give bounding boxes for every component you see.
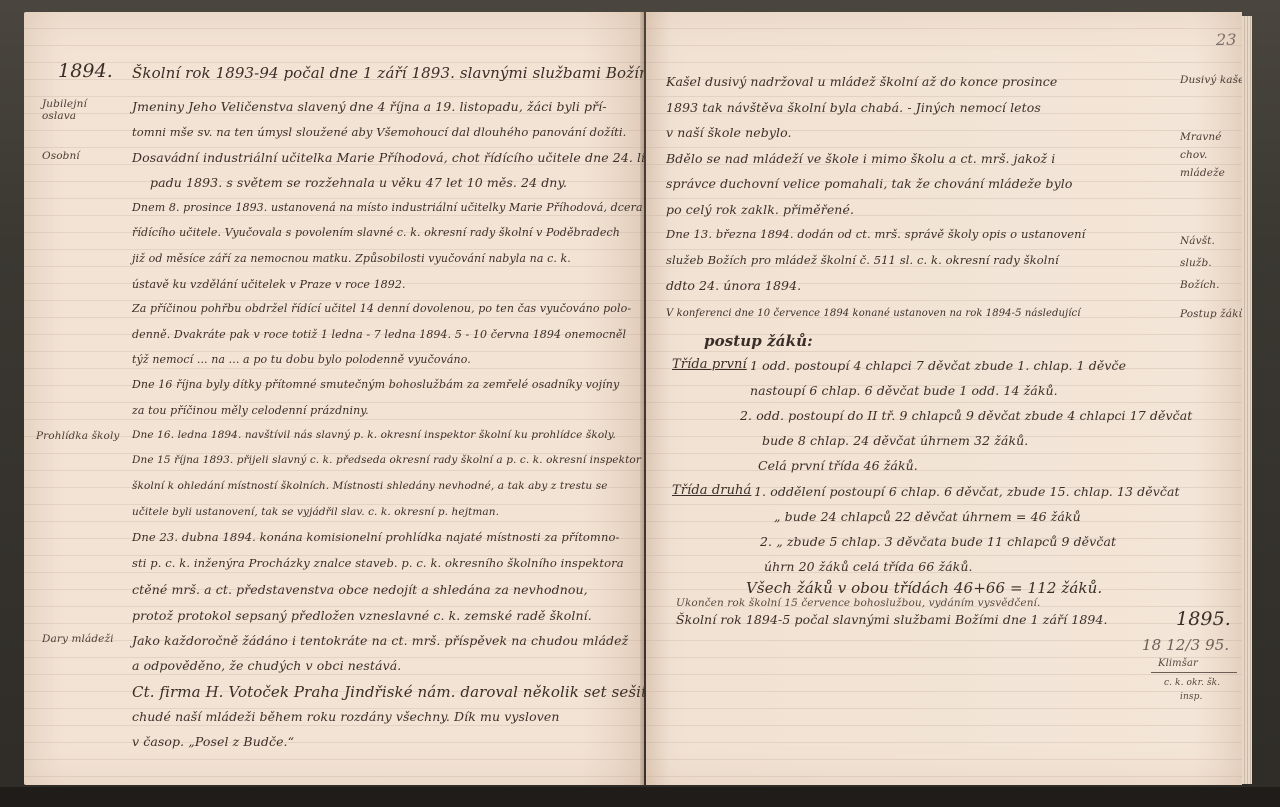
class-label: Třída druhá [672,483,751,498]
text-line: Jako každoročně žádáno i tentokráte na c… [132,633,628,648]
right-page: 23 Dusivý kašel Mravné chov. mládeže Náv… [646,12,1242,785]
class-line: 2. „ zbude 5 chlap. 3 děvčata bude 11 ch… [760,534,1116,549]
margin-note-prohlidka: Prohlídka školy [36,430,119,442]
text-line: ddto 24. února 1894. [666,278,801,293]
text-line: Dne 15 října 1893. přijeli slavný c. k. … [132,454,644,466]
signature: Klimšar [1158,658,1198,669]
class-label: Třída první [672,357,747,372]
page-number: 23 [1216,30,1237,49]
text-line: školní k ohledání místností školních. Mí… [132,480,608,492]
margin-note-postup: Postup žáků [1180,308,1242,320]
signature-title: c. k. okr. šk. [1164,678,1220,688]
margin-note-jubilee: Jubilejní oslava [42,98,112,122]
margin-note-mravni: Mravné chov. mládeže [1180,128,1242,182]
class-line: 1 odd. postoupí 4 chlapci 7 děvčat zbude… [750,358,1126,373]
text-line: v naší škole nebylo. [666,125,792,140]
text-line: v časop. „Posel z Budče.“ [132,734,294,749]
class-line: Celá první třída 46 žáků. [758,458,918,473]
text-line: chudé naší mládeži během roku rozdány vš… [132,709,560,724]
text-line: Dne 16. ledna 1894. navštívil nás slavný… [132,429,616,441]
text-line: Jmeniny Jeho Veličenstva slavený dne 4 ř… [132,99,607,114]
class-line: nastoupí 6 chlap. 6 děvčat bude 1 odd. 1… [750,383,1058,398]
section-title: postup žáků: [704,332,813,350]
year-mark: 1895. [1176,608,1231,630]
next-year-line: Školní rok 1894-5 počal slavnými službam… [676,612,1108,627]
text-line: tomni mše sv. na ten úmysl sloužené aby … [132,125,626,139]
closing-note: Ukončen rok školní 15 července bohoslužb… [676,597,1040,609]
class-line: „ bude 24 chlapců 22 děvčat úhrnem = 46 … [774,509,1081,524]
text-line: protož protokol sepsaný předložen vznesl… [132,608,592,623]
class-line: 2. odd. postoupí do II tř. 9 chlapců 9 d… [740,408,1192,423]
text-line: Za příčinou pohřbu obdržel řídící učitel… [132,302,631,315]
signature-title: insp. [1180,692,1202,702]
total-line: Všech žáků v obou třídách 46+66 = 112 žá… [746,579,1102,597]
date-note: 18 12/3 95. [1142,636,1229,654]
page-stack-edge [1242,16,1252,784]
text-line: Dne 13. března 1894. dodán od ct. mrš. s… [666,227,1085,241]
text-line: za tou příčinou měly celodenní prázdniny… [132,404,369,417]
text-line: Dne 16 října byly dítky přítomné smutečn… [132,378,619,391]
margin-note-dary: Dary mládeži [42,633,114,645]
margin-note-osobni: Osobní [42,150,80,162]
text-line: Dnem 8. prosince 1893. ustanovená na mís… [132,201,643,214]
class-line: bude 8 chlap. 24 děvčat úhrnem 32 žáků. [762,433,1028,448]
text-line: týž nemocí ... na ... a po tu dobu bylo … [132,353,471,366]
year-heading: 1894. [58,60,113,82]
text-line: V konferenci dne 10 července 1894 konané… [666,308,1081,319]
text-line: Školní rok 1893-94 počal dne 1 září 1893… [132,64,644,82]
text-line: Ct. firma H. Votoček Praha Jindřiské nám… [132,683,644,701]
text-line: 1893 tak návštěva školní byla chabá. - J… [666,100,1041,115]
class-line: úhrn 20 žáků celá třída 66 žáků. [764,559,973,574]
text-line: Dne 23. dubna 1894. konána komisionelní … [132,530,619,544]
class-line: 1. oddělení postoupí 6 chlap. 6 děvčat, … [754,484,1180,499]
text-line: Dosavádní industriální učitelka Marie Př… [132,150,644,165]
text-line: Bdělo se nad mládeží ve škole i mimo ško… [666,151,1055,166]
signature-flourish [1151,672,1237,673]
text-line: Kašel dusivý nadržoval u mládež školní a… [666,74,1057,89]
text-line: denně. Dvakráte pak v roce totiž 1 ledna… [132,328,626,341]
text-line: ctěné mrš. a ct. představenstva obce ned… [132,582,588,597]
margin-note-navst: Návšt. služb. Božích. [1180,230,1242,296]
text-line: správce duchovní velice pomahali, tak že… [666,176,1073,191]
text-line: již od měsíce září za nemocnou matku. Zp… [132,252,571,265]
left-page: 1894. Jubilejní oslava Osobní Prohlídka … [24,12,644,785]
text-line: řídícího učitele. Vyučovala s povolením … [132,226,620,239]
margin-note-kasel: Dusivý kašel [1180,74,1242,86]
text-line: po celý rok zaklk. přiměřené. [666,202,854,217]
text-line: služeb Božích pro mládež školní č. 511 s… [666,253,1059,267]
text-line: učitele byli ustanovení, tak se vyjádřil… [132,506,499,518]
cover-bottom-edge [0,787,1280,807]
text-line: ústavě ku vzdělání učitelek v Praze v ro… [132,278,406,291]
text-line: padu 1893. s světem se rozžehnala u věku… [150,175,567,190]
text-line: sti p. c. k. inženýra Procházky znalce s… [132,556,624,570]
text-line: a odpověděno, že chudých v obci nestává. [132,658,401,673]
